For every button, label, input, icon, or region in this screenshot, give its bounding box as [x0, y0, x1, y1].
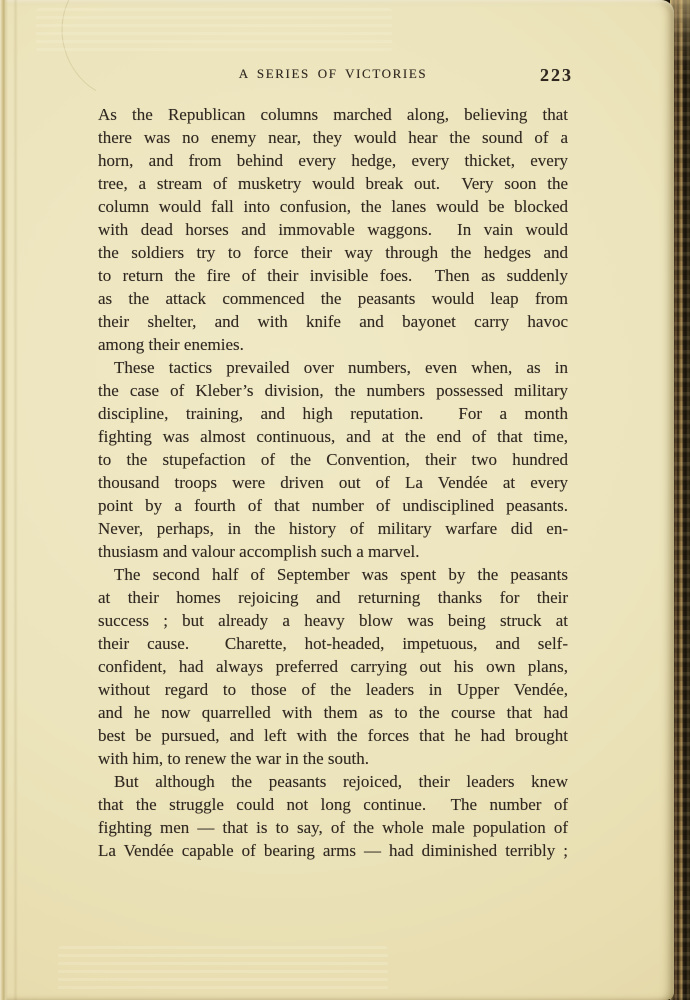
page-content: A SERIES OF VICTORIES 223 As the Republi… — [98, 58, 568, 862]
text-line: thusiasm and valour accomplish such a ma… — [98, 540, 568, 563]
text-line: with dead horses and immovable waggons. … — [98, 218, 568, 241]
text-line: to return the fire of their invisible fo… — [98, 264, 568, 287]
text-line: But although the peasants rejoiced, thei… — [98, 770, 568, 793]
text-line: horn, and from behind every hedge, every… — [98, 149, 568, 172]
text-line: among their enemies. — [98, 333, 568, 356]
text-line: without regard to those of the leaders i… — [98, 678, 568, 701]
scan-artifact-bottom — [58, 946, 388, 994]
paragraph: As the Republican columns marched along,… — [98, 103, 568, 356]
text-line: confident, had always preferred carrying… — [98, 655, 568, 678]
scan-artifact-top — [36, 8, 392, 52]
text-line: As the Republican columns marched along,… — [98, 103, 568, 126]
text-line: as the attack commenced the peasants wou… — [98, 287, 568, 310]
text-line: column would fall into confusion, the la… — [98, 195, 568, 218]
page-left-edge — [0, 0, 8, 1000]
body-text: As the Republican columns marched along,… — [98, 103, 568, 862]
text-line: thousand troops were driven out of La Ve… — [98, 471, 568, 494]
text-line: the soldiers try to force their way thro… — [98, 241, 568, 264]
text-line: that the struggle could not long continu… — [98, 793, 568, 816]
text-line: point by a fourth of that number of undi… — [98, 494, 568, 517]
text-line: La Vendée capable of bearing arms — had … — [98, 839, 568, 862]
text-line: their cause. Charette, hot-headed, impet… — [98, 632, 568, 655]
text-line: with him, to renew the war in the south. — [98, 747, 568, 770]
text-line: Never, perhaps, in the history of milita… — [98, 517, 568, 540]
paragraph: The second half of September was spent b… — [98, 563, 568, 770]
running-header-title: A SERIES OF VICTORIES — [239, 66, 427, 82]
text-line: discipline, training, and high reputatio… — [98, 402, 568, 425]
book-scan: A SERIES OF VICTORIES 223 As the Republi… — [0, 0, 690, 1000]
text-line: fighting was almost continuous, and at t… — [98, 425, 568, 448]
page-crease — [13, 0, 18, 1000]
paragraph: But although the peasants rejoiced, thei… — [98, 770, 568, 862]
text-line: tree, a stream of musketry would break o… — [98, 172, 568, 195]
text-line: The second half of September was spent b… — [98, 563, 568, 586]
text-line: success ; but already a heavy blow was b… — [98, 609, 568, 632]
text-line: there was no enemy near, they would hear… — [98, 126, 568, 149]
paragraph: These tactics prevailed over numbers, ev… — [98, 356, 568, 563]
running-header: A SERIES OF VICTORIES 223 — [98, 58, 568, 82]
text-line: fighting men — that is to say, of the wh… — [98, 816, 568, 839]
text-line: best be pursued, and left with the force… — [98, 724, 568, 747]
text-line: These tactics prevailed over numbers, ev… — [98, 356, 568, 379]
text-line: the case of Kleber’s division, the numbe… — [98, 379, 568, 402]
text-line: their shelter, and with knife and bayone… — [98, 310, 568, 333]
text-line: and he now quarrelled with them as to th… — [98, 701, 568, 724]
text-line: at their homes rejoicing and returning t… — [98, 586, 568, 609]
page-number: 223 — [540, 65, 573, 86]
page: A SERIES OF VICTORIES 223 As the Republi… — [0, 0, 674, 1000]
text-line: to the stupefaction of the Convention, t… — [98, 448, 568, 471]
